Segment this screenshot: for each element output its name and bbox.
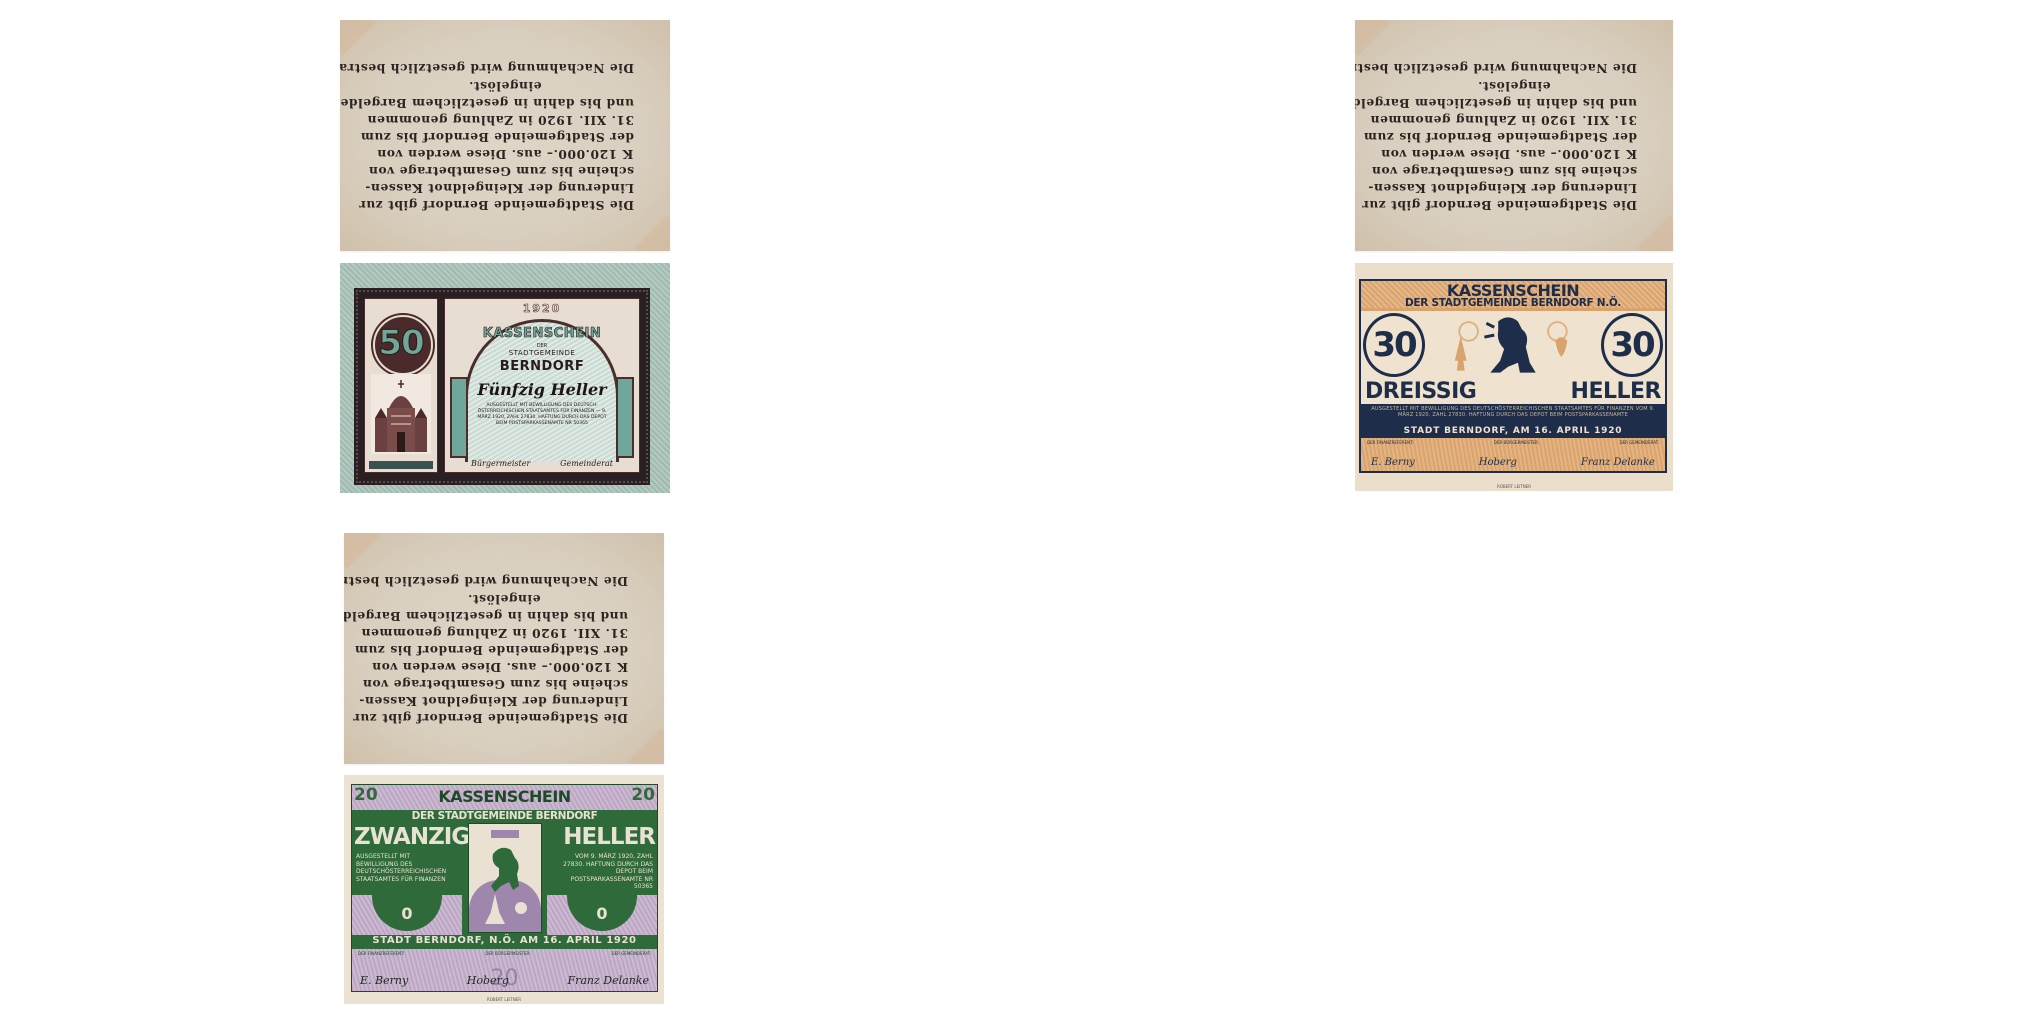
back-text: Die Stadtgemeinde Berndorf gibt zur Lind… [340, 59, 670, 213]
note-frame: KASSENSCHEIN DER STADTGEMEINDE BERNDORF … [1359, 279, 1667, 473]
center-band: 30 30 [1361, 311, 1665, 379]
signature-names: E. Berny Hoberg Franz Delanke [360, 974, 649, 987]
signature-labels: DER FINANZREFERENT: DER BÜRGERMEISTER: D… [1367, 440, 1659, 445]
scroll-ornament-left: 0 [352, 895, 462, 935]
denomination-words: DREISSIG HELLER [1361, 378, 1665, 404]
town-name: BERNDORF [445, 359, 639, 374]
signature-left: Bürgermeister [471, 459, 530, 468]
signature-names: E. Berny Hoberg Franz Delanke [1371, 457, 1655, 468]
fine-print-right: VOM 9. MÄRZ 1920, ZAHL 27830. HAFTUNG DU… [557, 853, 653, 891]
year: 1920 [445, 302, 639, 315]
banknote-50-heller-front: 50 1920 KASSENSCHEIN DER STADTGEMEINDE [340, 263, 670, 493]
value-numeral: 50 [365, 323, 437, 363]
stadtgemeinde-label: STADTGEMEINDE [445, 349, 639, 357]
caption-bar [369, 461, 433, 469]
signature-area: DER FINANZREFERENT: DER BÜRGERMEISTER: D… [1361, 438, 1665, 471]
bear-icon [469, 824, 541, 932]
fine-print: AUSGESTELLT MIT BEWILLIGUNG DES DEUTSCH-… [471, 403, 613, 427]
scroll-ornament-right: 0 [547, 895, 657, 935]
title: KASSENSCHEIN [445, 326, 639, 341]
denomination: Fünfzig Heller [445, 380, 639, 399]
main-panel: 1920 KASSENSCHEIN DER STADTGEMEINDE BERN… [444, 298, 640, 473]
dotted-frame: 50 1920 KASSENSCHEIN DER STADTGEMEINDE [354, 288, 650, 485]
word-heller: HELLER [563, 824, 655, 850]
subtitle: DER STADTGEMEINDE BERNDORF N.Ö. [1361, 297, 1665, 309]
printer-imprint: ROBERT LEITNER [344, 997, 664, 1002]
bear-field [1439, 311, 1587, 379]
printer-imprint: ROBERT LEITNER [1355, 484, 1673, 489]
signature-right: Gemeinderat [560, 459, 613, 468]
banknote-30-heller-back: Die Stadtgemeinde Berndorf gibt zur Lind… [1355, 20, 1673, 251]
subtitle: DER STADTGEMEINDE BERNDORF [352, 810, 657, 823]
issue-date: STADT BERNDORF, AM 16. APRIL 1920 [1361, 426, 1665, 436]
fine-print: AUSGESTELLT MIT BEWILLIGUNG DES DEUTSCHÖ… [1365, 406, 1661, 418]
left-panel: 50 [364, 298, 438, 473]
word-zwanzig: ZWANZIG [354, 824, 469, 850]
note-frame: 20 20 KASSENSCHEIN DER STADTGEMEINDE BER… [351, 784, 658, 992]
value-oval-left: 30 [1363, 313, 1425, 377]
back-text: Die Stadtgemeinde Berndorf gibt zur Lind… [344, 572, 664, 726]
value-oval-right: 30 [1601, 313, 1663, 377]
signatures: Bürgermeister Gemeinderat [471, 452, 613, 468]
word-heller: HELLER [1571, 379, 1661, 404]
banknote-30-heller-front: KASSENSCHEIN DER STADTGEMEINDE BERNDORF … [1355, 263, 1673, 491]
signature-area: DER FINANZREFERENT: DER BÜRGERMEISTER: D… [352, 949, 657, 991]
fine-print-left: AUSGESTELLT MIT BEWILLIGUNG DES DEUTSCHÖ… [356, 853, 452, 883]
banknote-20-heller-front: 20 20 KASSENSCHEIN DER STADTGEMEINDE BER… [344, 775, 664, 1004]
banknote-50-heller-back: Die Stadtgemeinde Berndorf gibt zur Lind… [340, 20, 670, 251]
word-dreissig: DREISSIG [1365, 379, 1476, 404]
banknote-20-heller-back: Die Stadtgemeinde Berndorf gibt zur Lind… [344, 533, 664, 764]
church-icon [371, 374, 431, 454]
text-band: AUSGESTELLT MIT BEWILLIGUNG DES DEUTSCHÖ… [1361, 404, 1665, 438]
back-text: Die Stadtgemeinde Berndorf gibt zur Lind… [1355, 59, 1673, 213]
coat-of-arms [468, 823, 542, 933]
bear-icon [1439, 311, 1587, 379]
issue-date: STADT BERNDORF, N.Ö. AM 16. APRIL 1920 [352, 935, 657, 949]
signature-labels: DER FINANZREFERENT: DER BÜRGERMEISTER: D… [358, 951, 651, 956]
title: KASSENSCHEIN [352, 787, 657, 806]
